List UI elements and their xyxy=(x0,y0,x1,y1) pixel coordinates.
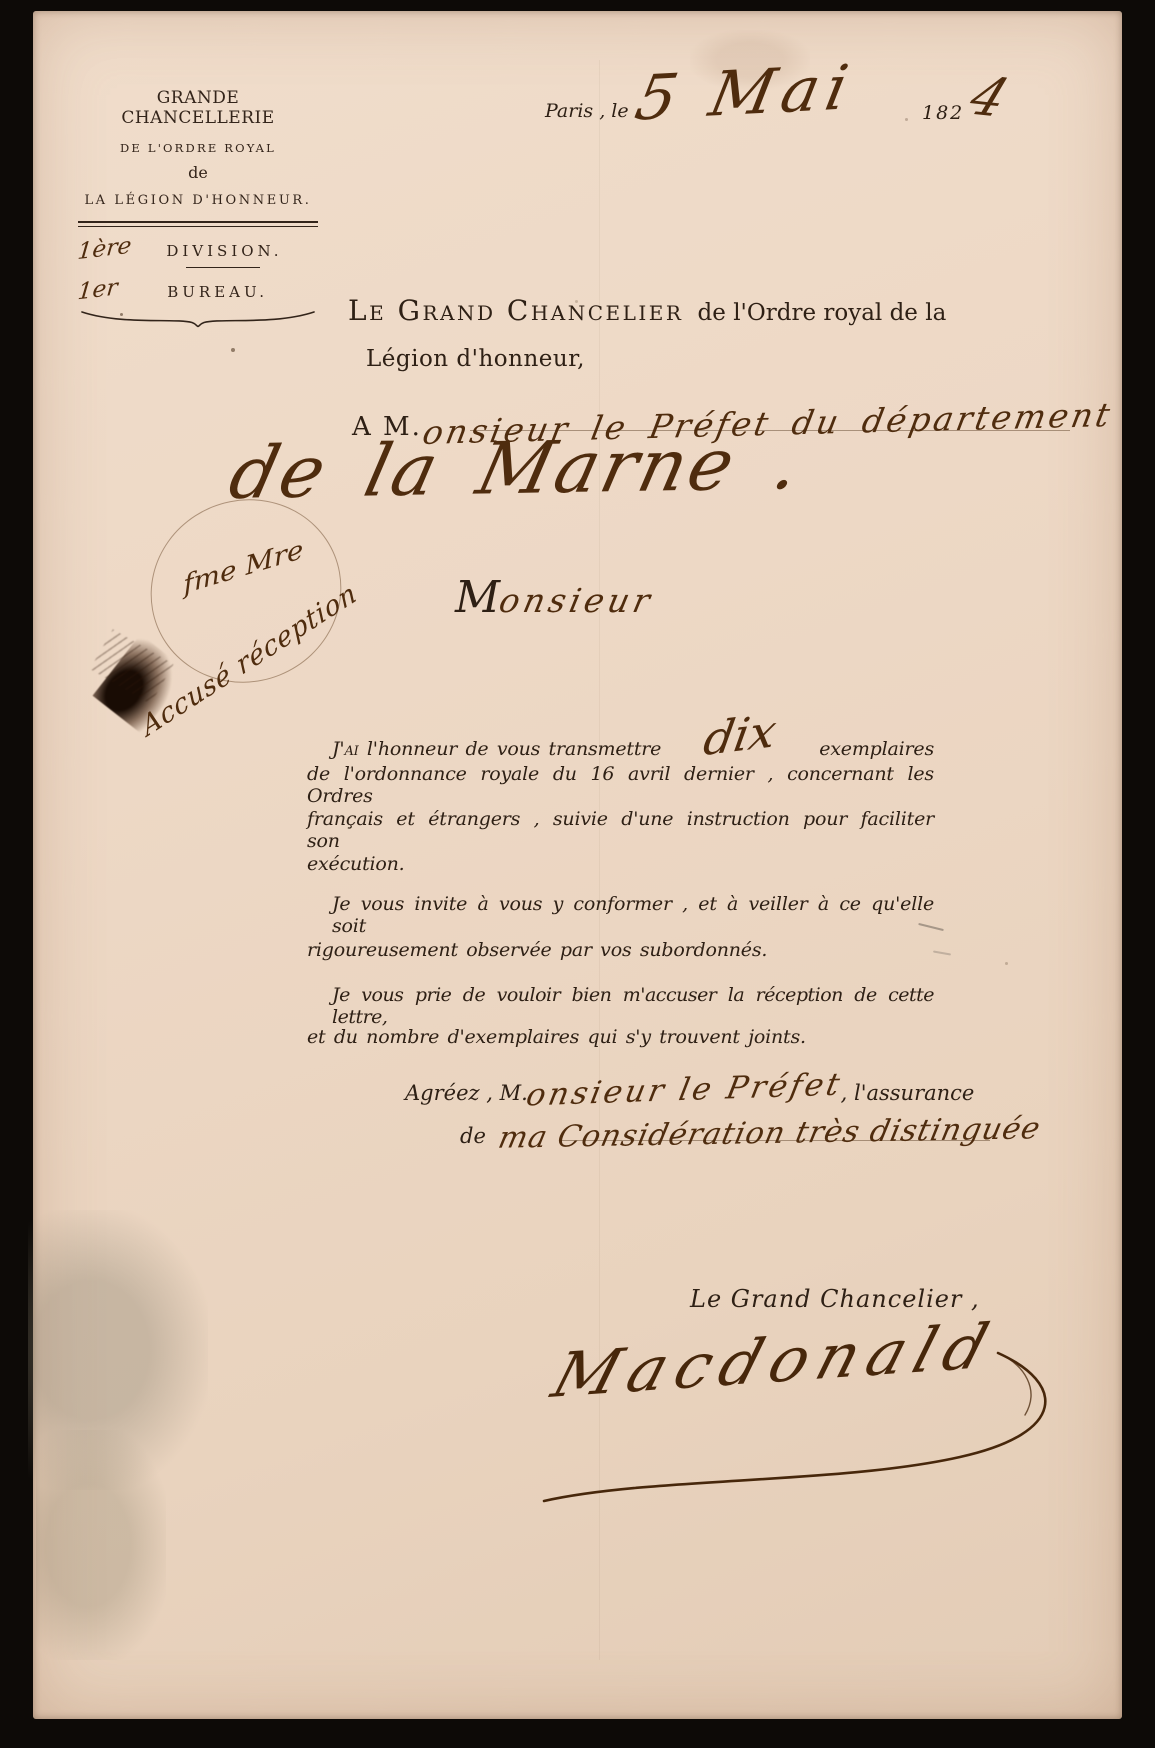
salutation: M onsieur xyxy=(455,572,653,623)
heading-smallcaps: Le Grand Chancelier xyxy=(348,294,683,327)
ink-speck xyxy=(905,118,908,121)
heading-line-2: Légion d'honneur, xyxy=(366,346,585,372)
body-word-jai: J'ai xyxy=(332,738,359,760)
letterhead-line-1: GRANDE CHANCELLERIE xyxy=(78,88,318,128)
body-p1-line-2: de l'ordonnance royale du 16 avril derni… xyxy=(307,763,934,807)
bureau-number-handwritten: 1er xyxy=(76,275,118,306)
body-p1-line-3: français et étrangers , suivie d'une ins… xyxy=(307,808,934,852)
dateline-place: Paris , le xyxy=(545,100,629,122)
ink-speck xyxy=(1005,962,1008,965)
curly-brace-icon xyxy=(79,309,317,329)
closing-line-1: Agréez , M. onsieur le Préfet , l'assura… xyxy=(405,1072,974,1108)
closing-printed-b: , l'assurance xyxy=(841,1081,975,1105)
closing-printed-c: de xyxy=(460,1124,486,1148)
body-p2-line-2: rigoureusement observée par vos subordon… xyxy=(307,939,934,961)
body-p3-line-1: Je vous prie de vouloir bien m'accuser l… xyxy=(307,984,934,1028)
letterhead-line-3: de xyxy=(78,163,318,182)
closing-handwritten-b: ma Considération très distinguée xyxy=(495,1111,1044,1155)
ink-speck xyxy=(231,348,235,352)
closing-handwritten-a: onsieur le Préfet xyxy=(523,1067,845,1114)
division-rule xyxy=(186,267,260,268)
letterhead: GRANDE CHANCELLERIE DE L'ORDRE ROYAL de … xyxy=(78,88,318,333)
dateline-year-printed: 182 xyxy=(922,102,964,124)
letterhead-brace-wrap xyxy=(78,309,318,333)
body-p3-line-2: et du nombre d'exemplaires qui s'y trouv… xyxy=(307,1026,934,1048)
body-p2-line-1: Je vous invite à vous y conformer , et à… xyxy=(307,893,934,937)
address-line-2-handwritten: de la Marne . xyxy=(223,427,809,509)
bureau-label: BUREAU. xyxy=(117,279,318,301)
dateline-day-month-handwritten: 5 Mai xyxy=(631,56,860,129)
closing-printed-a: Agréez , M. xyxy=(405,1081,528,1105)
body-text-fragment: exemplaires xyxy=(819,738,934,760)
heading-rest: de l'Ordre royal de la xyxy=(698,300,947,326)
division-label: DIVISION. xyxy=(131,238,318,260)
heading-line-1: Le Grand Chancelier de l'Ordre royal de … xyxy=(348,294,946,327)
division-row: 1ère DIVISION. xyxy=(78,236,318,262)
body-p1-line-1: J'ai l'honneur de vous transmettre dix e… xyxy=(307,712,934,766)
bureau-row: 1er BUREAU. xyxy=(78,277,318,303)
body-text-fragment: l'honneur de vous transmettre xyxy=(367,738,661,760)
letterhead-line-4: LA LÉGION D'HONNEUR. xyxy=(78,193,318,208)
signature-flourish xyxy=(520,1335,1080,1515)
signature-title: Le Grand Chancelier , xyxy=(690,1285,980,1313)
body-p1-line-4: exécution. xyxy=(307,853,934,875)
body-text: J'ai l'honneur de vous transmettre xyxy=(332,738,661,760)
letterhead-double-rule xyxy=(78,221,318,227)
closing-line-2: de ma Considération très distinguée xyxy=(460,1116,1039,1151)
letterhead-line-2: DE L'ORDRE ROYAL xyxy=(78,141,318,155)
salutation-handwritten: onsieur xyxy=(496,581,657,620)
scanned-letter-photo: GRANDE CHANCELLERIE DE L'ORDRE ROYAL de … xyxy=(0,0,1155,1748)
salutation-initial: M xyxy=(455,572,500,623)
division-number-handwritten: 1ère xyxy=(76,233,132,265)
